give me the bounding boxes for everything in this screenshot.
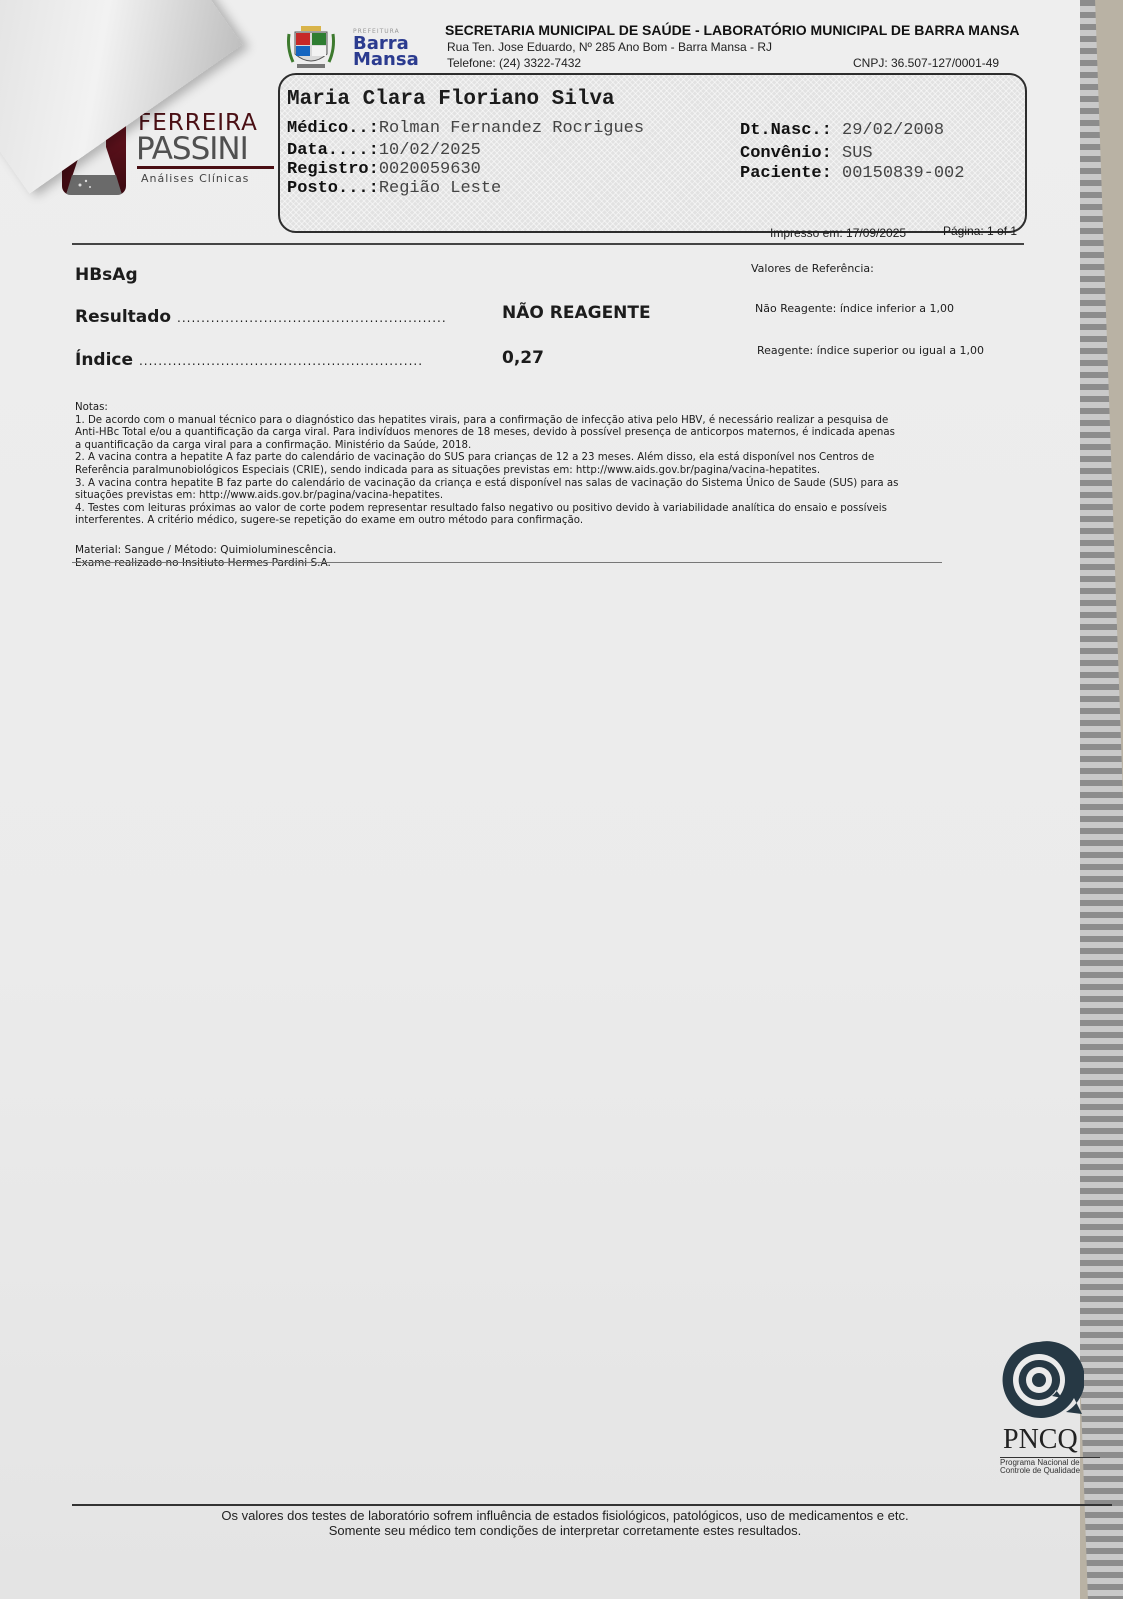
printed-date: Impresso em: 17/09/2025 xyxy=(770,226,906,240)
lab-logo-line2: PASSINI xyxy=(136,131,248,167)
index-label-text: Índice xyxy=(75,350,133,370)
field-value: Região Leste xyxy=(379,179,501,198)
note-line: 2. A vacina contra a hepatite A faz part… xyxy=(75,452,1015,465)
field-value: 10/02/2025 xyxy=(379,141,481,160)
note-line: situações previstas em: http://www.aids.… xyxy=(75,490,1015,503)
note-line: 3. A vacina contra hepatite B faz parte … xyxy=(75,478,1015,491)
note-line: Referência paraImunobiológicos Especiais… xyxy=(75,465,1015,478)
lab-logo-divider xyxy=(137,166,274,169)
field-posto: Posto...:Região Leste xyxy=(287,179,501,198)
pncq-acronym: PNCQ xyxy=(1003,1424,1078,1456)
material-method: Material: Sangue / Método: Quimiolumines… xyxy=(75,544,336,557)
field-medico: Médico..:Rolman Fernandez Rocrigues xyxy=(287,119,644,138)
pncq-logo-icon xyxy=(994,1338,1084,1424)
field-convenio: Convênio: SUS xyxy=(740,144,873,163)
patient-name: Maria Clara Floriano Silva xyxy=(287,88,615,111)
field-label: Registro: xyxy=(287,160,379,179)
field-data: Data....:10/02/2025 xyxy=(287,141,481,160)
page-number: Página: 1 of 1 xyxy=(943,224,1017,238)
footer-line1: Os valores dos testes de laboratório sof… xyxy=(150,1508,980,1523)
field-paciente: Paciente: 00150839-002 xyxy=(740,164,964,183)
lab-phone: Telefone: (24) 3322-7432 xyxy=(447,56,581,70)
lab-cnpj: CNPJ: 36.507-127/0001-49 xyxy=(853,56,999,70)
lab-title: SECRETARIA MUNICIPAL DE SAÚDE - LABORATÓ… xyxy=(445,22,1020,38)
result-label-text: Resultado xyxy=(75,307,171,327)
footer-disclaimer: Os valores dos testes de laboratório sof… xyxy=(150,1508,980,1538)
exam-name: HBsAg xyxy=(75,265,138,285)
field-value: 0020059630 xyxy=(379,160,481,179)
pncq-subtitle: Programa Nacional de Controle de Qualida… xyxy=(1000,1459,1100,1475)
divider xyxy=(72,1504,1112,1506)
result-label: Resultado ..............................… xyxy=(75,307,447,327)
material-section: Material: Sangue / Método: Quimiolumines… xyxy=(75,544,336,569)
lab-address: Rua Ten. Jose Eduardo, Nº 285 Ano Bom - … xyxy=(447,40,772,54)
notes-title: Notas: xyxy=(75,402,1015,415)
reference-title: Valores de Referência: xyxy=(751,262,874,275)
pncq-subtitle-line2: Controle de Qualidade xyxy=(1000,1467,1100,1475)
barra-mansa-crest-icon xyxy=(285,24,337,70)
field-registro: Registro:0020059630 xyxy=(287,160,481,179)
result-value: NÃO REAGENTE xyxy=(502,303,651,323)
field-dt-nasc: Dt.Nasc.: 29/02/2008 xyxy=(740,121,944,140)
notes-section: Notas: 1. De acordo com o manual técnico… xyxy=(75,402,1015,528)
index-value: 0,27 xyxy=(502,348,544,368)
reference-non-reactive: Não Reagente: índice inferior a 1,00 xyxy=(755,302,954,315)
field-label: Paciente: xyxy=(740,164,832,183)
lab-report-page: PREFEITURA Barra Mansa SECRETARIA MUNICI… xyxy=(0,0,1080,1599)
field-label: Convênio: xyxy=(740,144,832,163)
leader-dots: ........................................… xyxy=(139,354,423,368)
field-label: Dt.Nasc.: xyxy=(740,121,832,140)
prefeitura-name-line2: Mansa xyxy=(353,52,419,68)
field-label: Posto...: xyxy=(287,179,379,198)
divider xyxy=(72,243,1024,245)
lab-logo-subtitle: Análises Clínicas xyxy=(141,172,249,185)
field-value: 00150839-002 xyxy=(842,164,964,183)
field-value: 29/02/2008 xyxy=(842,121,944,140)
note-line: 4. Testes com leituras próximas ao valor… xyxy=(75,503,1015,516)
field-value: SUS xyxy=(842,144,873,163)
leader-dots: ........................................… xyxy=(177,311,447,325)
field-label: Data....: xyxy=(287,141,379,160)
note-line: 1. De acordo com o manual técnico para o… xyxy=(75,415,1015,428)
reference-reactive: Reagente: índice superior ou igual a 1,0… xyxy=(757,344,984,357)
field-label: Médico..: xyxy=(287,119,379,138)
divider xyxy=(72,562,942,563)
field-value: Rolman Fernandez Rocrigues xyxy=(379,119,644,138)
note-line: interferentes. A critério médico, sugere… xyxy=(75,515,1015,528)
index-label: Índice .................................… xyxy=(75,350,423,370)
note-line: a quantificação da carga viral para a co… xyxy=(75,440,1015,453)
note-line: Anti-HBc Total e/ou a quantificação da c… xyxy=(75,427,1015,440)
footer-line2: Somente seu médico tem condições de inte… xyxy=(150,1523,980,1538)
